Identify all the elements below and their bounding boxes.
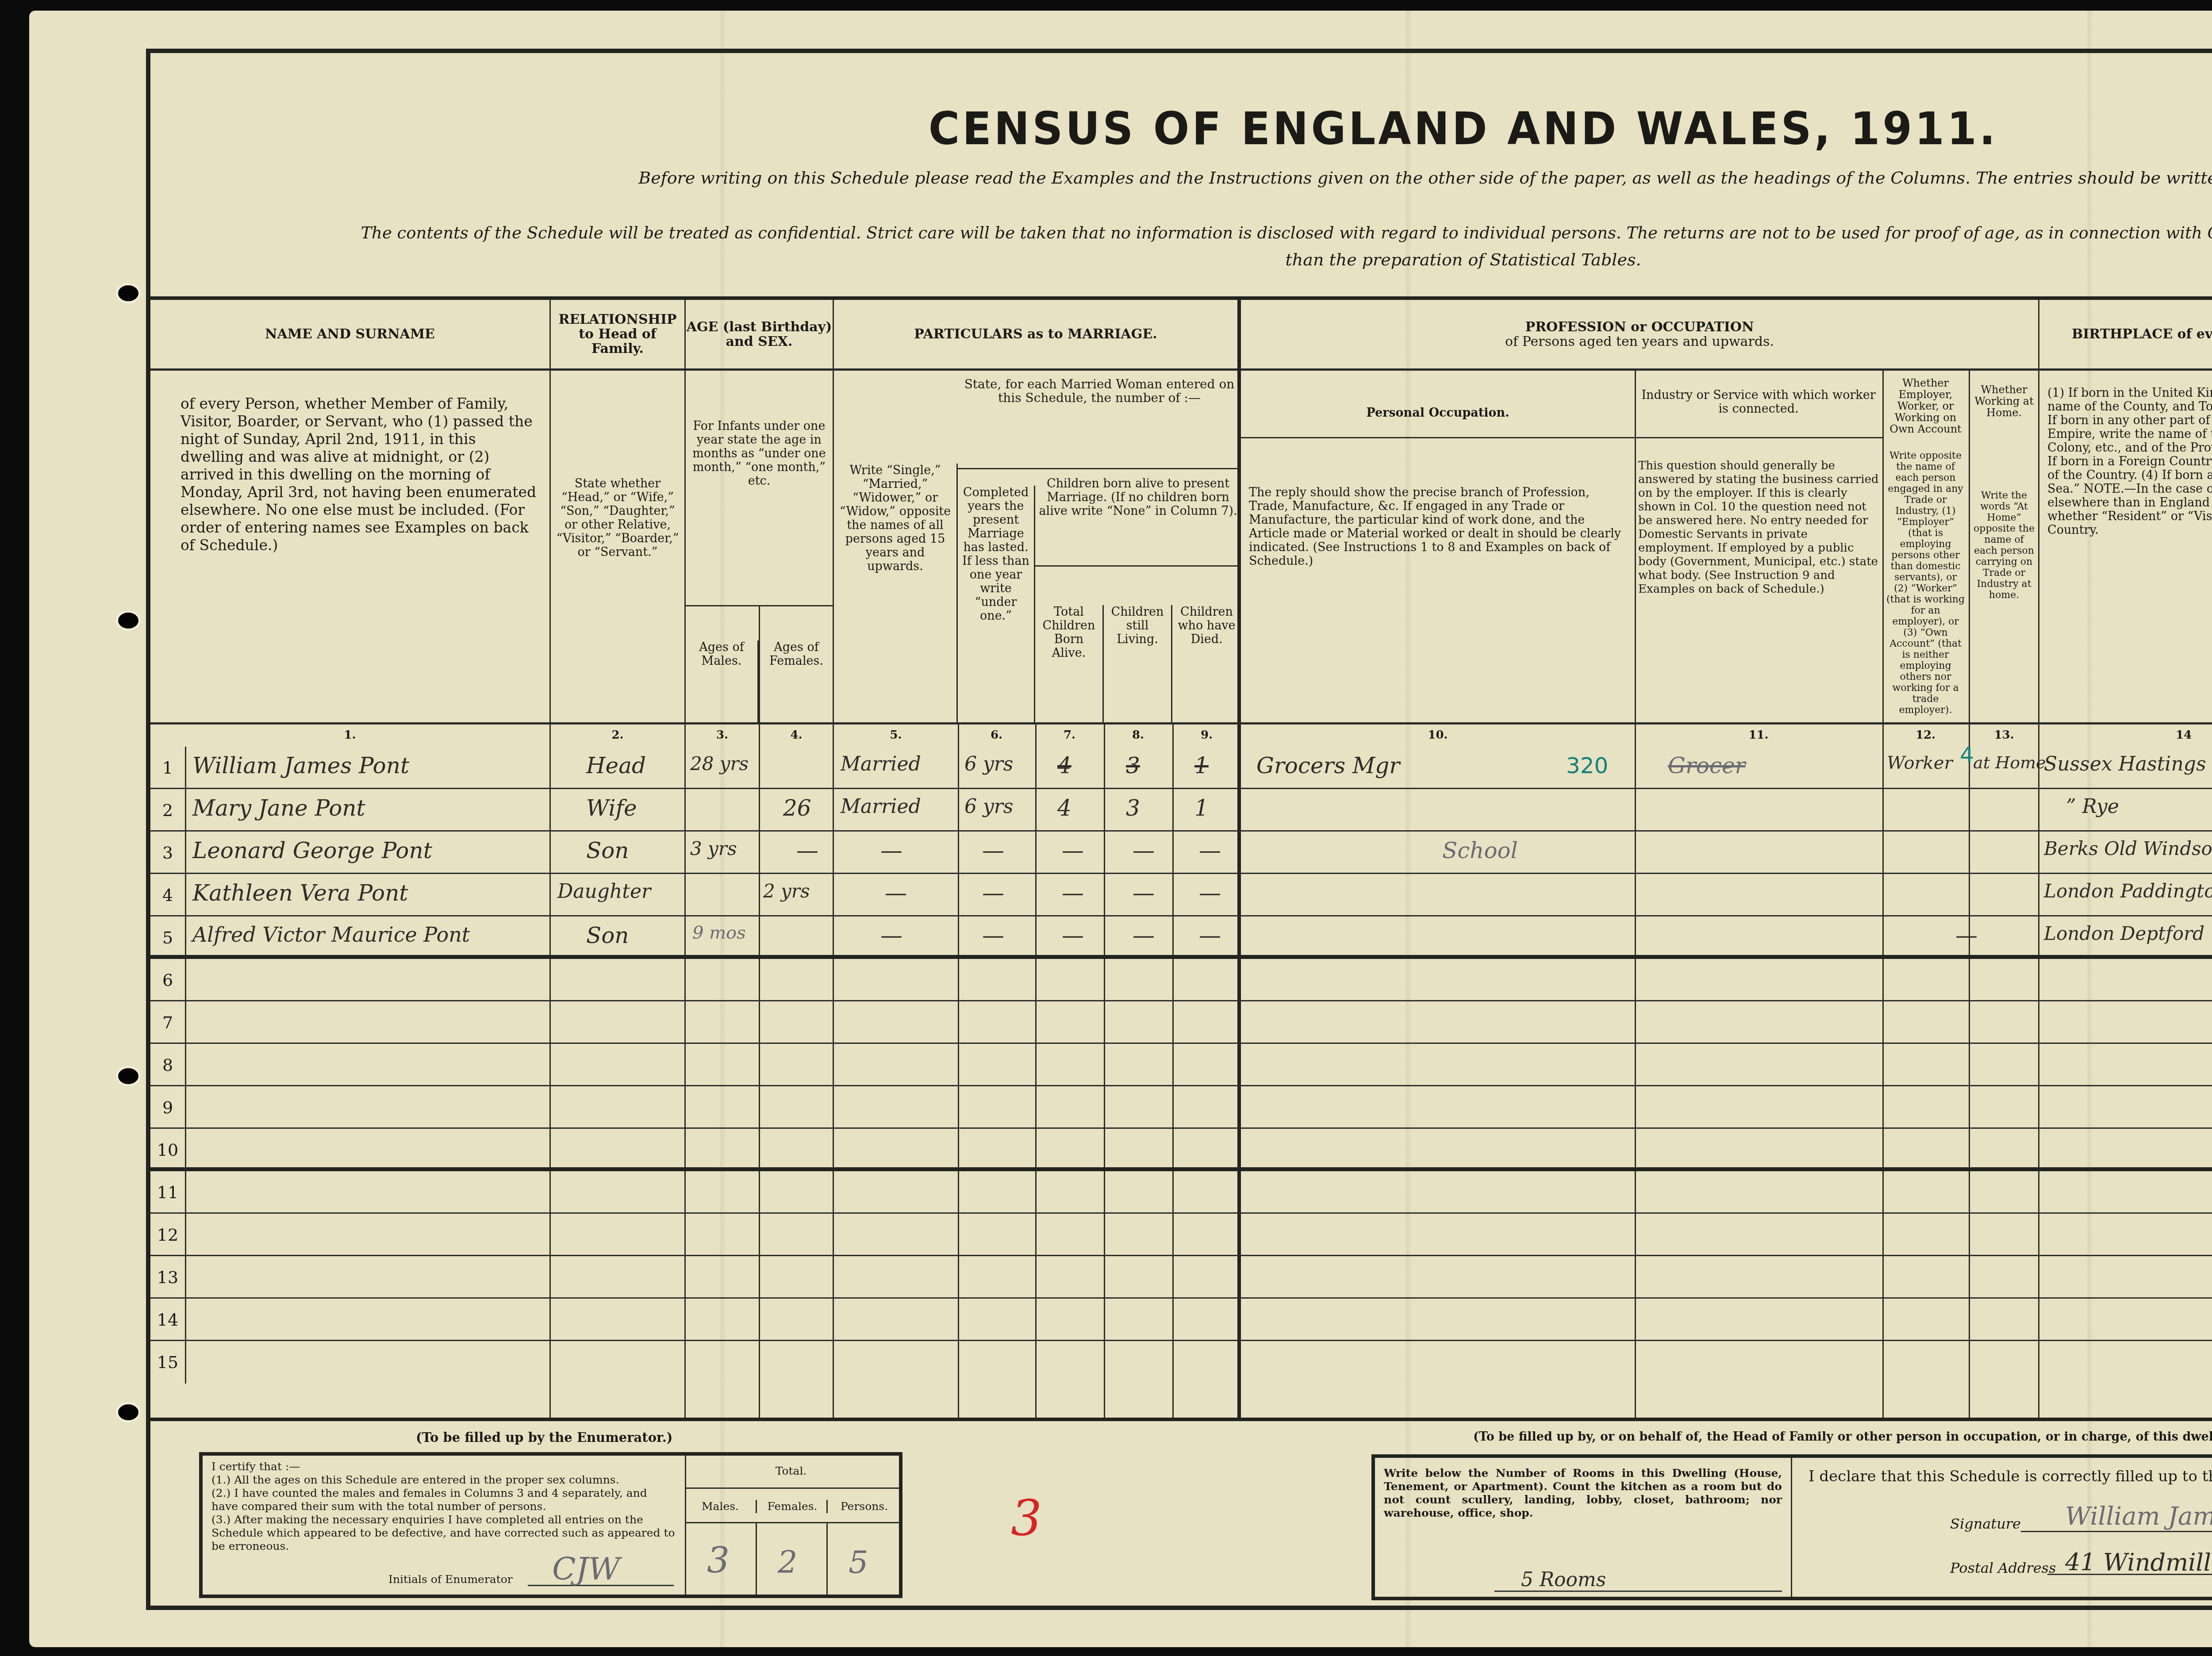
- employer-status-cell[interactable]: —: [1955, 923, 1978, 948]
- household-declaration-box: Write below the Number of Rooms in this …: [1371, 1454, 2212, 1600]
- marriage-divider: [958, 468, 1241, 469]
- header-at-home-desc: Write the words “At Home” opposite the n…: [1969, 490, 2039, 601]
- marriage-cell[interactable]: Married: [841, 795, 921, 818]
- rooms-line: [1494, 1591, 1782, 1592]
- column-number-5: 5.: [834, 722, 958, 746]
- column-number-13: 13.: [1969, 722, 2039, 746]
- header-employer-status: Whether Employer, Worker, or Working on …: [1882, 377, 1969, 435]
- rooms-value[interactable]: 5 Rooms: [1521, 1568, 1606, 1591]
- header-age-desc: For Infants under one year state the age…: [686, 419, 833, 488]
- living-cell[interactable]: —: [1133, 880, 1155, 906]
- postal-address-line-1[interactable]: 41 Windmill Lane: [2065, 1549, 2212, 1576]
- row-number: 5: [150, 916, 185, 959]
- row-number: 13: [150, 1256, 185, 1299]
- instruction-line: Before writing on this Schedule please r…: [150, 168, 2212, 188]
- table-row-empty[interactable]: 7: [150, 1001, 2212, 1044]
- row-number: 8: [150, 1044, 185, 1086]
- household-caption: (To be filled up by, or on behalf of, th…: [1473, 1430, 2212, 1444]
- header-industry: Industry or Service with which worker is…: [1635, 388, 1882, 416]
- confidential-line: The contents of the Schedule will be tre…: [150, 223, 2212, 242]
- rule: [1791, 1458, 1792, 1597]
- industry-cell[interactable]: Grocer: [1668, 753, 1745, 778]
- age-female-cell[interactable]: 2 yrs: [763, 880, 810, 902]
- header-marriage-status-desc: Write “Single,” “Married,” “Widower,” or…: [834, 464, 958, 722]
- binding-hole: [116, 610, 141, 631]
- table-row-empty[interactable]: 13: [150, 1256, 2212, 1299]
- rule: [826, 1522, 828, 1595]
- rule: [756, 1522, 757, 1595]
- table-row-empty[interactable]: 15: [150, 1341, 2212, 1384]
- living-cell[interactable]: —: [1133, 923, 1155, 948]
- header-at-home: Whether Working at Home.: [1969, 384, 2039, 418]
- living-cell[interactable]: 3: [1126, 753, 1140, 778]
- header-children-born: Children born alive to present Marriage.…: [1035, 477, 1241, 518]
- header-industry-desc: This question should generally be answer…: [1635, 459, 1882, 596]
- signature-line: [2021, 1531, 2212, 1532]
- binding-hole: [116, 1402, 141, 1422]
- column-number-9: 9.: [1172, 722, 1241, 746]
- header-name-desc: of every Person, whether Member of Famil…: [177, 395, 544, 554]
- enumerator-certificate-box: I certify that :— (1.) All the ages on t…: [199, 1452, 902, 1598]
- birthplace-cell[interactable]: ” Rye: [2066, 795, 2119, 818]
- header-birthplace: BIRTHPLACE of every person.: [2039, 300, 2212, 371]
- name-cell[interactable]: Alfred Victor Maurice Pont: [192, 923, 470, 947]
- males-label: Males.: [685, 1500, 756, 1513]
- enumerator-certify-text: I certify that :— (1.) All the ages on t…: [211, 1460, 676, 1553]
- birthplace-cell[interactable]: Berks Old Windsor: [2044, 838, 2212, 859]
- initials-value[interactable]: CJW: [552, 1551, 620, 1587]
- certify-heading: I certify that :—: [211, 1460, 676, 1473]
- table-row-empty[interactable]: 11: [150, 1171, 2212, 1214]
- header-age-males: Ages of Males.: [686, 640, 759, 722]
- age-female-cell[interactable]: 26: [783, 795, 811, 821]
- born-alive-cell[interactable]: 4: [1057, 795, 1071, 821]
- header-still-living: Children still Living.: [1104, 605, 1172, 722]
- certify-item-3: (3.) After making the necessary enquirie…: [211, 1513, 676, 1553]
- row-number: 14: [150, 1299, 185, 1341]
- table-row-empty[interactable]: 10: [150, 1129, 2212, 1171]
- signature-value[interactable]: William James Pont: [2065, 1502, 2212, 1531]
- row-number: 6: [150, 959, 185, 1001]
- header-relationship: RELATIONSHIP to Head of Family.: [551, 300, 684, 371]
- column-number-4: 4.: [759, 722, 834, 746]
- born-alive-cell[interactable]: 4: [1057, 753, 1071, 778]
- birthplace-cell[interactable]: London Paddington: [2044, 880, 2212, 902]
- header-marriage: PARTICULARS as to MARRIAGE.: [834, 300, 1237, 371]
- marriage-cell[interactable]: Married: [841, 753, 921, 775]
- females-label: Females.: [756, 1500, 828, 1513]
- column-number-2: 2.: [551, 722, 684, 746]
- died-cell[interactable]: 1: [1194, 753, 1209, 778]
- marriage-cell[interactable]: —: [885, 880, 907, 906]
- header-occupation-subtitle: of Persons aged ten years and upwards.: [1505, 334, 1774, 349]
- name-cell[interactable]: Kathleen Vera Pont: [192, 880, 408, 906]
- born-alive-cell[interactable]: —: [1062, 838, 1084, 863]
- binding-hole: [116, 283, 141, 303]
- marriage-cell[interactable]: —: [880, 923, 902, 948]
- row-number: 1: [150, 747, 185, 789]
- employer-status-cell[interactable]: Worker: [1887, 753, 1953, 773]
- page-title: CENSUS OF ENGLAND AND WALES, 1911.: [150, 103, 2212, 155]
- row-number: 4: [150, 874, 185, 916]
- table-row[interactable]: 5 Alfred Victor Maurice Pont Son 9 mos —…: [150, 916, 2212, 959]
- employer-status-code: 4: [1960, 742, 1974, 768]
- table-row-empty[interactable]: 9: [150, 1086, 2212, 1129]
- certify-item-2: (2.) I have counted the males and female…: [211, 1487, 676, 1513]
- occupation-cell[interactable]: Grocers Mgr: [1256, 753, 1400, 778]
- header-name: NAME AND SURNAME: [150, 300, 549, 371]
- relationship-cell[interactable]: Wife: [586, 795, 637, 821]
- confidential-line-2: than the preparation of Statistical Tabl…: [150, 250, 2212, 269]
- column-number-8: 8.: [1104, 722, 1172, 746]
- totals-divider: [685, 1487, 899, 1489]
- age-male-cell[interactable]: 3 yrs: [690, 838, 737, 859]
- header-relationship-desc: State whether “Head,” or “Wife,” “Son,” …: [551, 477, 684, 559]
- birthplace-cell[interactable]: Sussex Hastings: [2044, 753, 2206, 775]
- column-number-3: 3.: [686, 722, 759, 746]
- census-table: NAME AND SURNAME of every Person, whethe…: [150, 296, 2212, 1419]
- row-number-rule: [185, 747, 186, 1384]
- died-cell[interactable]: —: [1199, 880, 1221, 906]
- signature-label: Signature: [1950, 1515, 2021, 1532]
- relationship-cell[interactable]: Son: [586, 838, 629, 863]
- living-cell[interactable]: 3: [1126, 795, 1140, 821]
- row-number: 10: [150, 1129, 185, 1171]
- row-number: 9: [150, 1086, 185, 1129]
- column-number-1: 1.: [150, 722, 549, 746]
- header-died: Children who have Died.: [1172, 605, 1241, 722]
- header-personal-occupation-desc: The reply should show the precise branch…: [1245, 486, 1630, 568]
- column-number-6: 6.: [958, 722, 1035, 746]
- total-label: Total.: [685, 1464, 897, 1478]
- occupation-cell[interactable]: School: [1442, 838, 1518, 863]
- age-female-cell[interactable]: —: [796, 838, 818, 863]
- years-married-cell[interactable]: —: [982, 923, 1004, 948]
- occupation-divider: [1241, 437, 1882, 438]
- header-age: AGE (last Birthday) and SEX.: [686, 300, 833, 371]
- column-number-12: 12.: [1882, 722, 1969, 746]
- row-number: 7: [150, 1001, 185, 1044]
- header-occupation: PROFESSION or OCCUPATION of Persons aged…: [1241, 300, 2038, 371]
- relationship-cell[interactable]: Daughter: [557, 880, 651, 903]
- name-cell[interactable]: William James Pont: [192, 753, 409, 778]
- certify-item-1: (1.) All the ages on this Schedule are e…: [211, 1473, 676, 1487]
- birthplace-cell[interactable]: London Deptford: [2044, 923, 2204, 944]
- table-row-empty[interactable]: 12: [150, 1214, 2212, 1256]
- header-employer-status-desc: Write opposite the name of each person e…: [1882, 450, 1969, 716]
- totals-divider: [685, 1522, 899, 1523]
- header-total-born: Total Children Born Alive.: [1035, 605, 1104, 722]
- binding-hole: [116, 1066, 141, 1086]
- persons-label: Persons.: [826, 1500, 901, 1513]
- bottom-section: (To be filled up by the Enumerator.) I c…: [150, 1418, 2212, 1616]
- table-row-empty[interactable]: 8: [150, 1044, 2212, 1086]
- born-alive-cell[interactable]: —: [1062, 880, 1084, 906]
- header-occupation-title: PROFESSION or OCCUPATION: [1525, 320, 1754, 334]
- postal-address-label: Postal Address: [1950, 1560, 2056, 1576]
- enumerator-caption: (To be filled up by the Enumerator.): [416, 1430, 673, 1445]
- schedule-frame: CENSUS OF ENGLAND AND WALES, 1911. Befor…: [146, 49, 2212, 1610]
- years-married-cell[interactable]: —: [982, 838, 1004, 863]
- relationship-cell[interactable]: Son: [586, 923, 629, 948]
- row-number: 2: [150, 789, 185, 832]
- name-cell[interactable]: Leonard George Pont: [192, 838, 432, 863]
- at-home-cell[interactable]: at Home: [1973, 753, 2046, 772]
- died-cell[interactable]: 1: [1194, 795, 1209, 821]
- total-persons-value[interactable]: 5: [849, 1544, 868, 1580]
- marriage-cell[interactable]: —: [880, 838, 902, 863]
- header-age-females: Ages of Females.: [759, 640, 834, 668]
- header-birthplace-desc: (1) If born in the United Kingdom, write…: [2044, 386, 2212, 537]
- row-number: 11: [150, 1171, 185, 1214]
- table-row[interactable]: 2 Mary Jane Pont Wife 26 Married 6 yrs 4…: [150, 789, 2212, 832]
- relationship-cell[interactable]: Head: [586, 753, 646, 778]
- header-years-married: Completed years the present Marriage has…: [958, 486, 1035, 722]
- years-married-cell[interactable]: 6 yrs: [964, 753, 1013, 775]
- name-cell[interactable]: Mary Jane Pont: [192, 795, 365, 821]
- column-number-11: 11.: [1635, 722, 1882, 746]
- died-cell[interactable]: —: [1199, 923, 1221, 948]
- born-alive-cell[interactable]: —: [1062, 923, 1084, 948]
- age-male-cell[interactable]: 9 mos: [692, 923, 746, 943]
- living-cell[interactable]: —: [1133, 838, 1155, 863]
- years-married-cell[interactable]: 6 yrs: [964, 795, 1013, 818]
- column-number-14: 14: [2039, 722, 2212, 746]
- years-married-cell[interactable]: —: [982, 880, 1004, 906]
- table-row-empty[interactable]: 14: [150, 1299, 2212, 1341]
- total-females-value[interactable]: 2: [778, 1544, 798, 1580]
- row-number: 3: [150, 832, 185, 874]
- column-number-7: 7.: [1035, 722, 1104, 746]
- occupation-code: 320: [1566, 753, 1608, 778]
- row-number: 15: [150, 1341, 185, 1384]
- table-row-empty[interactable]: 6: [150, 959, 2212, 1001]
- table-row[interactable]: 4 Kathleen Vera Pont Daughter 2 yrs — — …: [150, 874, 2212, 916]
- header-personal-occupation: Personal Occupation.: [1241, 406, 1635, 420]
- rooms-instruction: Write below the Number of Rooms in this …: [1384, 1467, 1782, 1520]
- table-row[interactable]: 3 Leonard George Pont Son 3 yrs — — — — …: [150, 832, 2212, 874]
- column-number-10: 10.: [1241, 722, 1635, 746]
- declaration-text: I declare that this Schedule is correctl…: [1809, 1468, 2212, 1485]
- total-males-value[interactable]: 3: [707, 1540, 730, 1581]
- children-divider: [1035, 565, 1241, 567]
- age-male-cell[interactable]: 28 yrs: [690, 753, 749, 774]
- initials-label: Initials of Enumerator: [388, 1573, 513, 1586]
- header-married-woman: State, for each Married Woman entered on…: [958, 377, 1241, 405]
- died-cell[interactable]: —: [1199, 838, 1221, 863]
- red-annotation-mark: 3: [1011, 1490, 1042, 1546]
- table-row[interactable]: 1 William James Pont Head 28 yrs Married…: [150, 747, 2212, 789]
- row-number: 12: [150, 1214, 185, 1256]
